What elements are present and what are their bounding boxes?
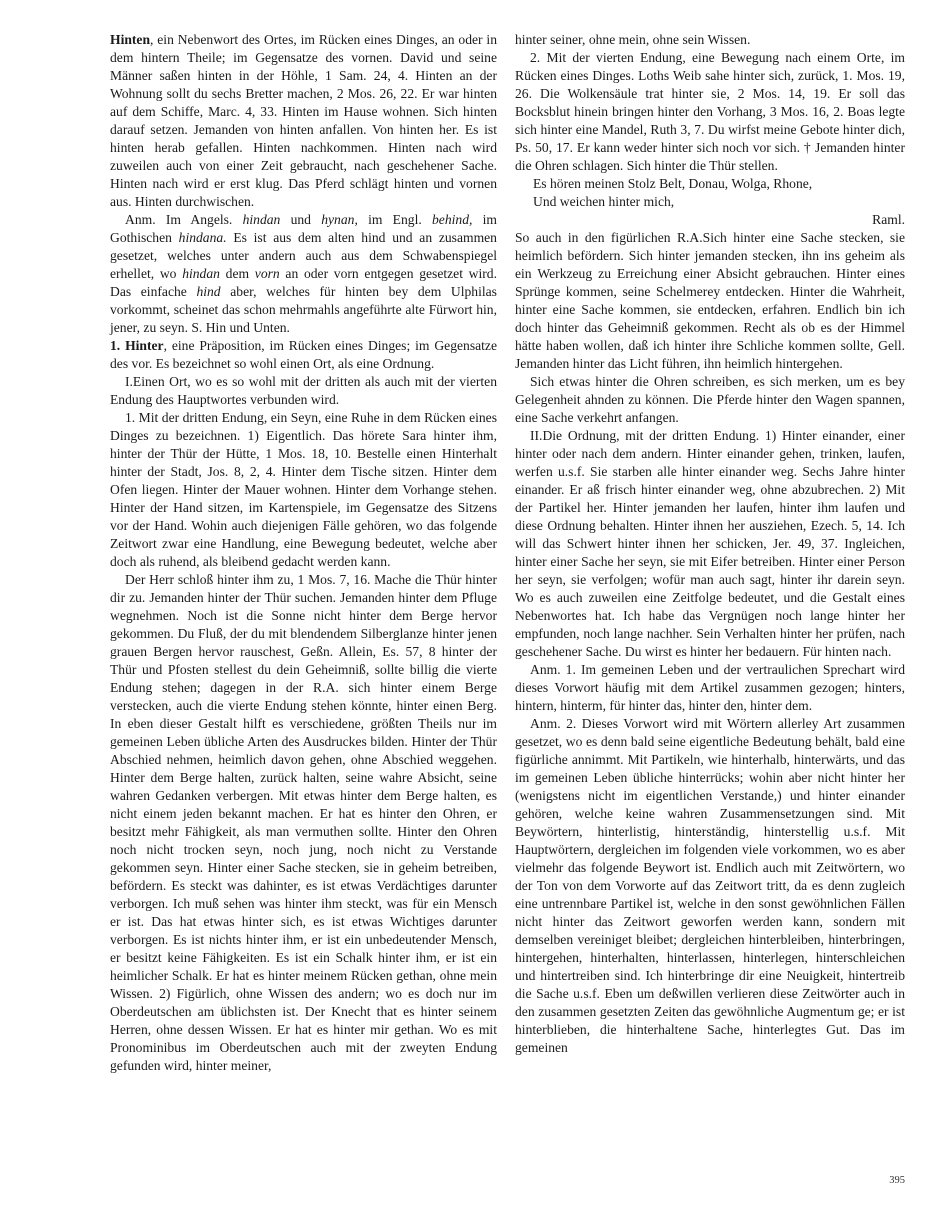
right-column: hinter seiner, ohne mein, ohne sein Wiss… [515,31,905,1057]
annotation-hinten: Anm. Im Angels. hindan und hynan, im Eng… [110,211,497,337]
section-ii-ordnung: II.Die Ordnung, mit der dritten Endung. … [515,427,905,661]
page-number: 395 [889,1172,905,1190]
etymology-term: hynan, [321,212,358,227]
annotation-text: und [280,212,321,227]
section-i-ort: I.Einen Ort, wo es so wohl mit der dritt… [110,373,497,409]
paragraph-ohren: Sich etwas hinter die Ohren schreiben, e… [515,373,905,427]
annotation-text: im Engl. [358,212,432,227]
etymology-term: hindan [243,212,281,227]
etymology-term: behind, [432,212,472,227]
annotation-1: Anm. 1. Im gemeinen Leben und der vertra… [515,661,905,715]
headword-hinter: 1. Hinter [110,338,164,353]
paragraph-examples: Der Herr schloß hinter ihm zu, 1 Mos. 7,… [110,571,497,1075]
annotation-text: dem [220,266,255,281]
verse-source: Raml. [515,211,905,229]
annotation-2: Anm. 2. Dieses Vorwort wird mit Wörtern … [515,715,905,1057]
entry-hinten: Hinten, ein Nebenwort des Ortes, im Rück… [110,31,497,211]
entry-hinter: 1. Hinter, eine Präposition, im Rücken e… [110,337,497,373]
annotation-text: Anm. Im Angels. [125,212,243,227]
subsection-dritte-endung: 1. Mit der dritten Endung, ein Seyn, ein… [110,409,497,571]
left-column: Hinten, ein Nebenwort des Ortes, im Rück… [110,31,497,1075]
paragraph-continuation: hinter seiner, ohne mein, ohne sein Wiss… [515,31,905,49]
headword-hinten: Hinten [110,32,150,47]
etymology-term: hindan [182,266,220,281]
verse-line-1: Es hören meinen Stolz Belt, Donau, Wolga… [515,175,905,193]
etymology-term: hindana. [179,230,227,245]
verse-line-2: Und weichen hinter mich, [515,193,905,211]
paragraph-figurative: So auch in den figürlichen R.A.Sich hint… [515,229,905,373]
etymology-term: hind [196,284,220,299]
subsection-vierte-endung: 2. Mit der vierten Endung, eine Bewegung… [515,49,905,175]
entry-text: , ein Nebenwort des Ortes, im Rücken ein… [110,32,497,209]
entry-text: , eine Präposition, im Rücken eines Ding… [110,338,497,371]
etymology-term: vorn [255,266,280,281]
dictionary-page: Hinten, ein Nebenwort des Ortes, im Rück… [0,0,935,1210]
